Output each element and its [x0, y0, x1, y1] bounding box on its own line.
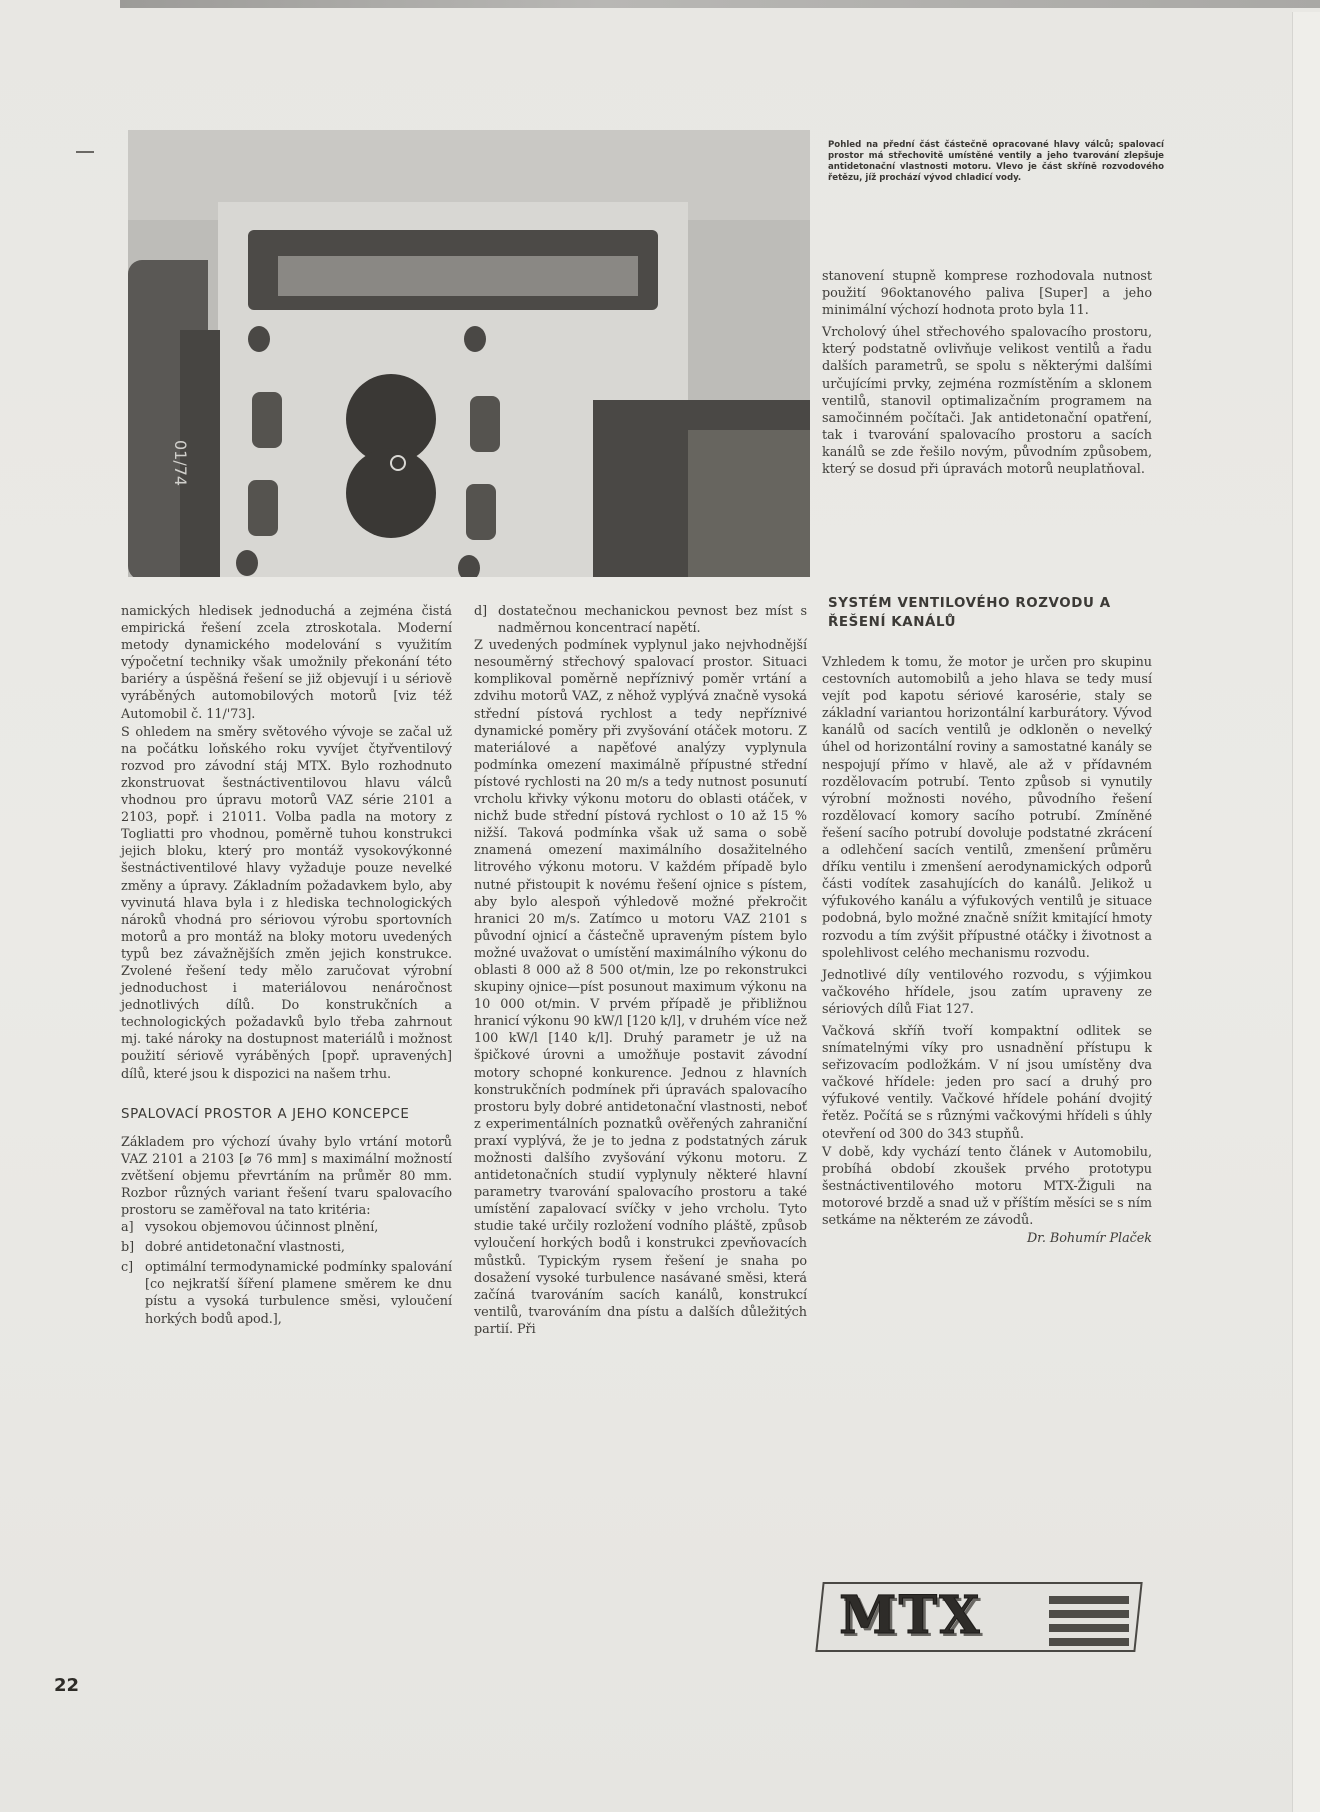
- text-column-3-top: stanovení stupně komprese rozhodovala nu…: [822, 268, 1152, 478]
- section-heading: SPALOVACÍ PROSTOR A JEHO KONCEPCE: [121, 1105, 452, 1124]
- paragraph: Z uvedených podmínek vyplynul jako nejvh…: [474, 637, 807, 1338]
- paragraph: V době, kdy vychází tento článek v Autom…: [822, 1144, 1152, 1229]
- section-heading: SYSTÉM VENTILOVÉHO ROZVODU A ŘEŠENÍ KANÁ…: [828, 594, 1158, 632]
- photo-caption: Pohled na přední část částečně opracovan…: [828, 140, 1164, 184]
- next-page-edge: [1292, 12, 1320, 1812]
- cylinder-head-photo: 01/74: [128, 130, 810, 577]
- list-item: c] optimální termodynamické podmínky spa…: [121, 1259, 452, 1327]
- list-item: d] dostatečnou mechanickou pevnost bez m…: [474, 603, 807, 637]
- paragraph: Vrcholový úhel střechového spalovacího p…: [822, 324, 1152, 478]
- list-item: b] dobré antidetonační vlastnosti,: [121, 1239, 452, 1256]
- text-column-1: namických hledisek jednoduchá a zejména …: [121, 603, 452, 1328]
- text-column-2: d] dostatečnou mechanickou pevnost bez m…: [474, 603, 807, 1338]
- magazine-page: 01/74 Pohled na přední část částečně opr…: [0, 0, 1292, 1812]
- author-signature: Dr. Bohumír Plaček: [822, 1230, 1152, 1247]
- paragraph: stanovení stupně komprese rozhodovala nu…: [822, 268, 1152, 319]
- paragraph: namických hledisek jednoduchá a zejména …: [121, 603, 452, 723]
- photo-stamp: 01/74: [171, 440, 190, 486]
- scan-top-edge: [120, 0, 1320, 8]
- logo-stripes-icon: [1049, 1596, 1129, 1652]
- paragraph: Základem pro výchozí úvahy bylo vrtání m…: [121, 1134, 452, 1219]
- spark-plug-hole: [390, 455, 406, 471]
- paragraph: Jednotlivé díly ventilového rozvodu, s v…: [822, 967, 1152, 1018]
- logo-text: MTX: [839, 1586, 982, 1646]
- mtx-logo: MTX: [811, 1582, 1151, 1650]
- page-number: 22: [54, 1675, 79, 1696]
- text-column-3: Vzhledem k tomu, že motor je určen pro s…: [822, 654, 1152, 1247]
- margin-mark: [76, 151, 94, 153]
- paragraph: S ohledem na směry světového vývoje se z…: [121, 724, 452, 1083]
- paragraph: Vzhledem k tomu, že motor je určen pro s…: [822, 654, 1152, 962]
- list-item: a] vysokou objemovou účinnost plnění,: [121, 1219, 452, 1236]
- paragraph: Vačková skříň tvoří kompaktní odlitek se…: [822, 1023, 1152, 1143]
